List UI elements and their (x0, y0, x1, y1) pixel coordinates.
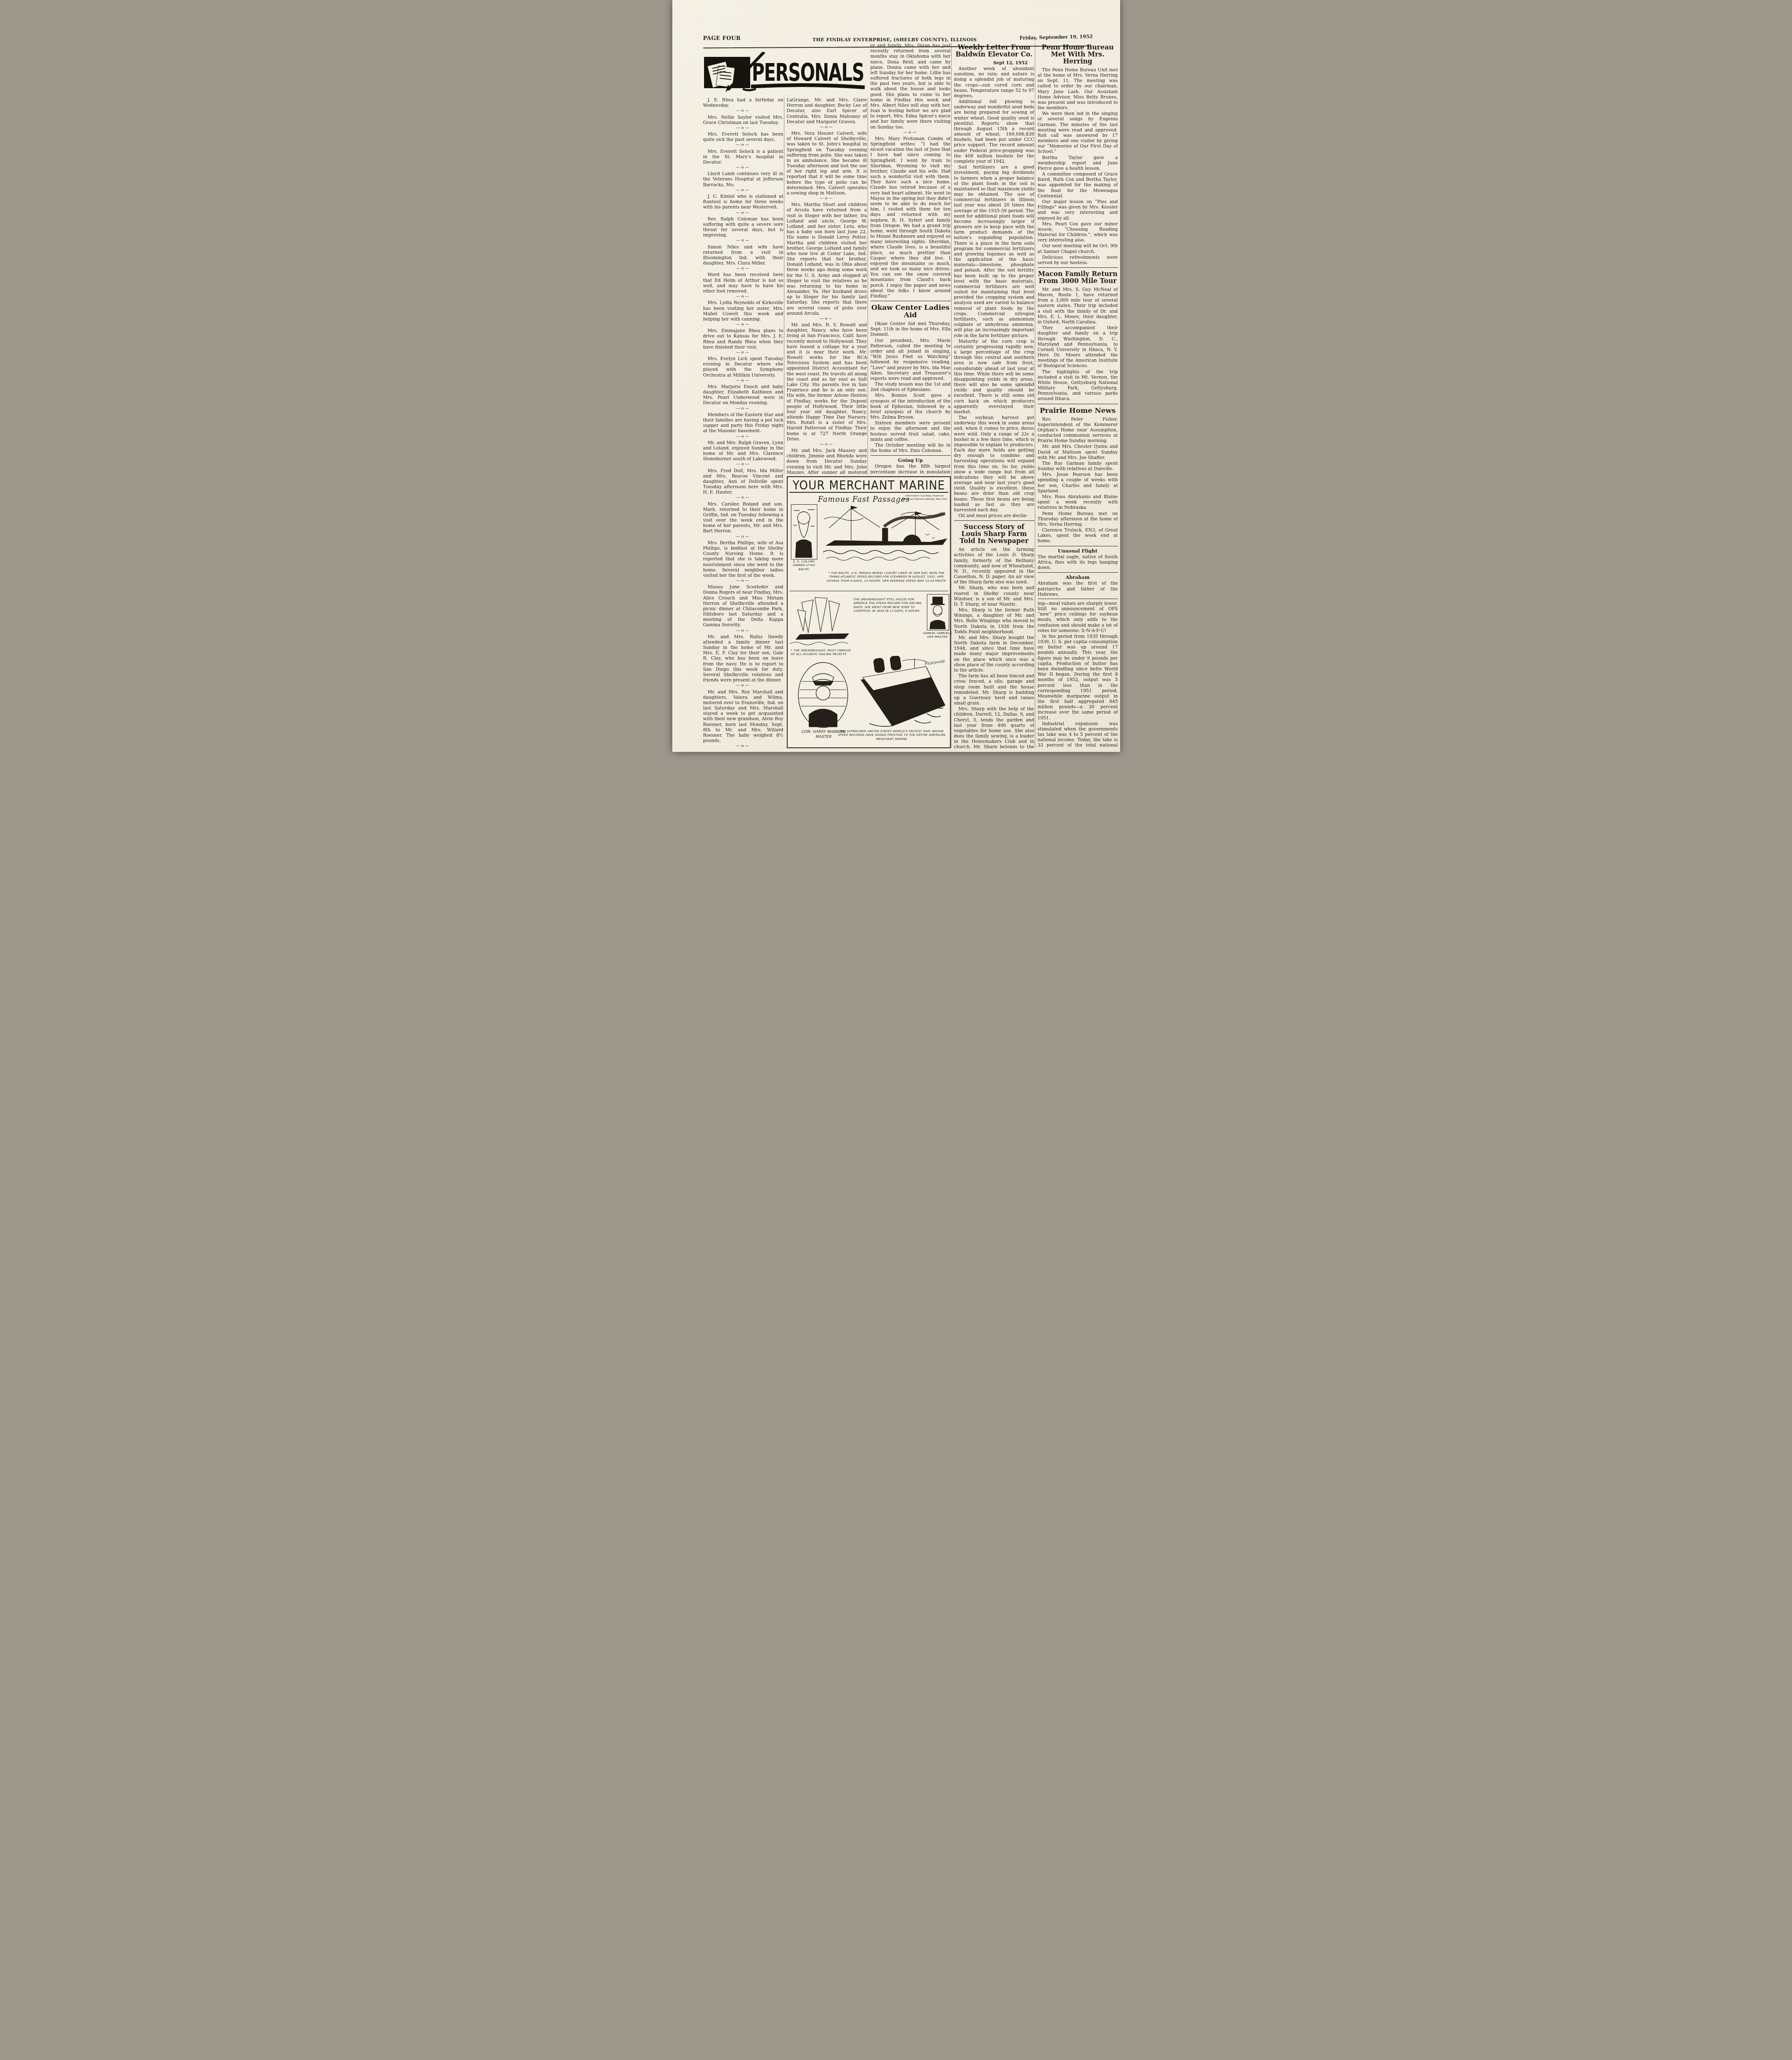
personals-item: J. E. Rhea had a birthday on Wednesday. (703, 97, 784, 108)
paragraph: Our president, Mrs. Marie Patterson, cal… (870, 338, 951, 381)
column-rule-1 (784, 97, 784, 475)
going-up-headline: Going Up (870, 458, 951, 463)
item-divider: —o— (703, 188, 784, 193)
macon-body: Mr. and Mrs. S. Guy McNeal of Macon, Rou… (1038, 287, 1118, 402)
item-divider: —o— (703, 143, 784, 147)
item-divider: —o— (703, 683, 784, 688)
personals-item: Mrs. Nellie Saylor visited Mrs. Grace Ch… (703, 115, 784, 125)
paragraph: The October meeting will be in the home … (870, 442, 951, 453)
panel-rule (789, 591, 948, 591)
macon-family-story: Macon Family Return From 3000 Mile Tour … (1038, 267, 1118, 402)
market-notes: ing—meal values are sharply lower. Still… (1038, 601, 1118, 748)
paragraph: Rev. Peter Fisher, Superintendent of the… (1038, 417, 1118, 444)
personals-item: Mrs. Carolee Roland and son, Mark, retur… (703, 501, 784, 534)
paragraph: They accompanied their daughter and fami… (1038, 325, 1118, 368)
paragraph: Soil fertilizers are a good investment, … (954, 164, 1034, 338)
personals-item: Mrs. Bertha Phillips, wife of Asa Philli… (703, 540, 784, 578)
personals-item: Word has been received here that Ed Helm… (703, 272, 784, 294)
item-divider: —o— (703, 744, 784, 748)
prairie-home-news-story: Prairie Home News Rev. Peter Fisher, Sup… (1038, 404, 1118, 544)
baltic-caption: • THE BALTIC, U.S. PADDLE-WHEEL LUXURY L… (826, 571, 947, 583)
weekly-letter-headline: Weekly Letter From Baldwin Elevator Co. (954, 44, 1034, 58)
personals-title-text: PERSONALS (752, 59, 864, 87)
samuels-portrait-frame (927, 594, 949, 630)
item-divider: —o— (703, 406, 784, 411)
personals-item-continuation: LaGrange, Mr. and Mrs. Claire Herron and… (787, 97, 867, 124)
personals-item: Mr. and Mrs. Ralph Graven, Lynn and Lela… (703, 440, 784, 462)
dreadnought-caption: • THE DREADNOUGHT, MOST FAMOUS OF ALL AT… (791, 648, 853, 656)
personals-logo-graphic: PERSONALS (703, 52, 867, 92)
personals-item: Members of the Eastern Star and their fa… (703, 412, 784, 434)
item-divider: —o— (870, 130, 951, 135)
paragraph: Mrs. Bonnie Scott gave a synopsis of the… (870, 393, 951, 420)
personals-item: Mrs. Vera Houser Calvert, wife of Howard… (787, 131, 867, 196)
united-states-caption: THE SUPERLINER UNITED STATES WORLD'S FAS… (837, 729, 947, 741)
personals-item-continuation: er and family. Mrs. Dixon has just recen… (870, 43, 951, 130)
item-divider: —o— (703, 350, 784, 355)
paragraph: Mrs. Ross Abrahams and Blaine spent a we… (1038, 494, 1118, 510)
paragraph: Mrs. Sharp with the help of the children… (954, 706, 1034, 748)
paragraph: Our major lesson on “Pies and Fillings” … (1038, 199, 1118, 221)
dreadnought-record-caption: THE DREADNOUGHT STILL HOLDS FOR AMERICA … (854, 597, 924, 613)
paragraph: Okaw Center Aid met Thursday, Sept. 11th… (870, 321, 951, 337)
prairie-headline: Prairie Home News (1038, 407, 1118, 414)
weekly-letter-body: Another week of abundant sunshine, no ra… (954, 66, 1034, 518)
personals-section-masthead: PERSONALS (703, 52, 867, 92)
merchant-marine-title: YOUR MERCHANT MARINE (788, 478, 950, 491)
okaw-ladies-aid-story: Okaw Center Ladies Aid Okaw Center Aid m… (870, 301, 951, 453)
page-number-label: PAGE FOUR (703, 35, 741, 42)
paragraph: Bertha Taylor gave a membership report a… (1038, 155, 1118, 171)
personals-column-2-items: Mrs. Vera Houser Calvert, wife of Howard… (787, 131, 867, 474)
personals-item: Rev. Ralph Coleman has been suffering wi… (703, 216, 784, 238)
paragraph: Another week of abundant sunshine, no ra… (954, 66, 1034, 98)
paragraph: The Ray Garman family spent Sunday with … (1038, 461, 1118, 471)
weekly-letter-dateline: Sept 12, 1952 (954, 60, 1034, 66)
personals-item: Mr. and Mrs. Jack Mauzey and children, J… (787, 448, 867, 474)
item-divider: —o— (703, 434, 784, 439)
svg-text:YOUR MERCHANT MARINE: YOUR MERCHANT MARINE (792, 479, 945, 491)
personals-item: Mrs. Evelyn Lich spent Tuesday evening i… (703, 356, 784, 378)
item-divider: —o— (787, 196, 867, 201)
item-divider: —o— (703, 534, 784, 539)
abraham-headline: Abraham (1038, 575, 1118, 580)
success-story: Success Story of Louis Sharp Farm Told I… (954, 520, 1034, 748)
paragraph: Mr. and Mrs. Chester Quinn and David of … (1038, 444, 1118, 460)
going-up-body: Oregon has the fifth largest percentage … (870, 463, 951, 474)
going-up-filler: Going Up Oregon has the fifth largest pe… (870, 455, 951, 474)
title-rule (789, 492, 948, 493)
paragraph: Mrs. Sharp is the former Ruth Winings, a… (954, 607, 1034, 634)
item-divider: —o— (703, 495, 784, 500)
paragraph: Industrial expansion was stimulated when… (1038, 721, 1118, 748)
item-divider: —o— (703, 322, 784, 327)
paragraph: We were then led in the singing of sever… (1038, 111, 1118, 154)
okaw-body: Okaw Center Aid met Thursday, Sept. 11th… (870, 321, 951, 453)
item-divider: —o— (703, 238, 784, 243)
penn-home-headline: Penn Home Bureau Met With Mrs. Herring (1038, 44, 1118, 65)
collins-portrait-frame (791, 504, 817, 559)
item-divider: —o— (787, 125, 867, 130)
dreadnought-sailing-ship-illustration (789, 593, 851, 647)
merchant-marine-feature-panel: YOUR MERCHANT MARINE Famous Fast Passage… (787, 476, 951, 748)
merchant-marine-inner: YOUR MERCHANT MARINE Famous Fast Passage… (788, 477, 950, 747)
personals-item: Mrs. Marjorie Enoch and baby daughter, E… (703, 384, 784, 406)
penn-home-bureau-story: Penn Home Bureau Met With Mrs. Herring T… (1038, 44, 1118, 265)
item-divider: —o— (703, 628, 784, 633)
personals-item: Simon Niles and wife have returned from … (703, 244, 784, 266)
weekly-letter-story: Weekly Letter From Baldwin Elevator Co. … (954, 44, 1034, 518)
unusual-flight-headline: Unusual Flight (1038, 548, 1118, 553)
paragraph: Mr. and Mrs. S. Guy McNeal of Macon, Rou… (1038, 287, 1118, 325)
item-divider: —o— (787, 442, 867, 447)
baltic-steamship-illustration (822, 503, 948, 569)
paragraph: Our next meeting will be Oct. 9th at San… (1038, 243, 1118, 254)
item-divider: —o— (703, 266, 784, 271)
personals-column-2: LaGrange, Mr. and Mrs. Claire Herron and… (787, 97, 867, 474)
column-rule-3 (951, 43, 952, 748)
penn-home-body: The Penn Home Bureau Unit met at the hom… (1038, 67, 1118, 265)
personals-item: Mrs. Mary Protsman Combs of Springfield … (870, 136, 951, 299)
personals-item: Mrs. Emmajane Rhea plans to drive out to… (703, 328, 784, 350)
paragraph: The soybean harvest got underway this we… (954, 415, 1034, 513)
personals-item: Mr. and Mrs. R. V. Rowatt and daughter, … (787, 322, 867, 442)
item-divider: —o— (703, 462, 784, 467)
paragraph: Sixteen members were present to enjoy th… (870, 420, 951, 442)
paragraph: Penn Home Bureau met on Thursday afterno… (1038, 511, 1118, 527)
paragraph: Clarence Trulock, EN3, of Great Lakes, s… (1038, 527, 1118, 544)
personals-item: Mrs. Everett Selock is a patient in the … (703, 149, 784, 165)
collins-portrait-icon (791, 505, 816, 558)
headline-line: From 3000 Mile Tour (1038, 278, 1118, 285)
paragraph: A committee composed of Grace Baird, Rut… (1038, 171, 1118, 199)
item-divider: —o— (787, 316, 867, 321)
unusual-flight-body: The martial eagle, native of South Afric… (1038, 554, 1118, 571)
personals-item: Mrs. Martha Short and children of Arcola… (787, 202, 867, 316)
paragraph: The farm has all been fenced and cross f… (954, 673, 1034, 706)
personals-item: Mr. and Mrs. Rufus Dawdy attended a fami… (703, 634, 784, 683)
paragraph: Mr. and Mrs. Sharp bought the North Dako… (954, 635, 1034, 673)
personals-item: Mrs. Everett Selock has been quite sick … (703, 131, 784, 142)
samuels-portrait-icon (927, 595, 948, 629)
item-divider: —o— (703, 211, 784, 215)
personals-item: J. C. Kimlel who is stationed at Rantoul… (703, 194, 784, 210)
headline-line: Told In Newspaper (954, 538, 1034, 545)
newspaper-page: PAGE FOUR THE FINDLAY ENTERPRISE, (SHELB… (672, 0, 1120, 752)
item-divider: —o— (703, 578, 784, 583)
paragraph: Maturity of the corn crop is certainly p… (954, 339, 1034, 414)
personals-item: Lloyd Lamb continues very ill in the Vet… (703, 171, 784, 187)
personals-item: Mr. and Mrs. Roy Marshall and daughters,… (703, 689, 784, 744)
column-5: Penn Home Bureau Met With Mrs. Herring T… (1038, 43, 1118, 748)
okaw-headline: Okaw Center Ladies Aid (870, 304, 951, 319)
item-divider: —o— (703, 126, 784, 131)
collins-caption: E. K. COLLINS OWNER of the BALTIC (788, 559, 820, 571)
item-divider: —o— (703, 165, 784, 170)
paragraph: Mr. Sharp, who was born and reared in Sh… (954, 585, 1034, 607)
abraham-body: Abraham was the first of the patriarchs … (1038, 581, 1118, 597)
prairie-body: Rev. Peter Fisher, Superintendent of the… (1038, 417, 1118, 544)
success-story-body: An article on the farming activities of … (954, 547, 1034, 748)
personals-item: Mrs. Fred Doll, Mrs. Ida Miller and Mrs.… (703, 468, 784, 495)
unusual-flight-filler: Unusual Flight The martial eagle, native… (1038, 546, 1118, 571)
paragraph: The study lesson was the 1st and 2nd cha… (870, 382, 951, 392)
market-notes-body: In the period from 1935 through 1939, U.… (1038, 634, 1118, 748)
samuels-caption: SAMUEL SAMUELS HER MASTER (922, 631, 953, 639)
paragraph: An article on the farming activities of … (954, 547, 1034, 585)
paragraph: Delicious refreshments were served by ou… (1038, 255, 1118, 265)
paragraph: The Penn Home Bureau Unit met at the hom… (1038, 67, 1118, 110)
item-divider: —o— (703, 378, 784, 383)
manning-portrait-icon (797, 661, 849, 729)
item-divider: —o— (703, 294, 784, 299)
headline-line: Met With Mrs. Herring (1038, 51, 1118, 65)
abraham-filler: Abraham Abraham was the first of the pat… (1038, 572, 1118, 599)
market-notes-continuation: ing—meal values are sharply lower. Still… (1038, 601, 1118, 633)
item-divider: —o— (703, 108, 784, 113)
issue-date: Friday, September 19, 1952 (1020, 33, 1093, 41)
headline-line: Baldwin Elevator Co. (954, 51, 1034, 58)
paragraph: The highlights of the trip included a vi… (1038, 369, 1118, 402)
paragraph: Oil and meal prices are declin- (954, 513, 1034, 518)
column-rule-4 (1035, 43, 1035, 748)
macon-headline: Macon Family Return From 3000 Mile Tour (1038, 271, 1118, 285)
paragraph: In the period from 1935 through 1939, U.… (1038, 634, 1118, 721)
column-rule-2 (868, 97, 868, 475)
personals-column-1: J. E. Rhea had a birthday on Wednesday. … (703, 97, 784, 748)
paragraph: Mrs. Jesse Pearson has been spending a c… (1038, 472, 1118, 494)
paragraph: Additional fall plowing is underway and … (954, 99, 1034, 164)
personals-item: Mrs. Lydia Reynolds of Kirksville has be… (703, 300, 784, 322)
column-4: Weekly Letter From Baldwin Elevator Co. … (954, 43, 1034, 748)
paragraph: Mrs. Pearl Cox gave our minor lesson, “C… (1038, 221, 1118, 243)
superliner-united-states-illustration (853, 656, 949, 728)
panel-credit: Information Courtesy American Merchant M… (902, 494, 947, 501)
personals-item: Misses June Scorleder and Donna Rogers o… (703, 584, 784, 627)
newspaper-masthead: THE FINDLAY ENTERPRISE, (SHELBY COUNTY),… (771, 37, 1018, 42)
success-story-headline: Success Story of Louis Sharp Farm Told I… (954, 524, 1034, 545)
column-3: er and family. Mrs. Dixon has just recen… (870, 43, 951, 474)
